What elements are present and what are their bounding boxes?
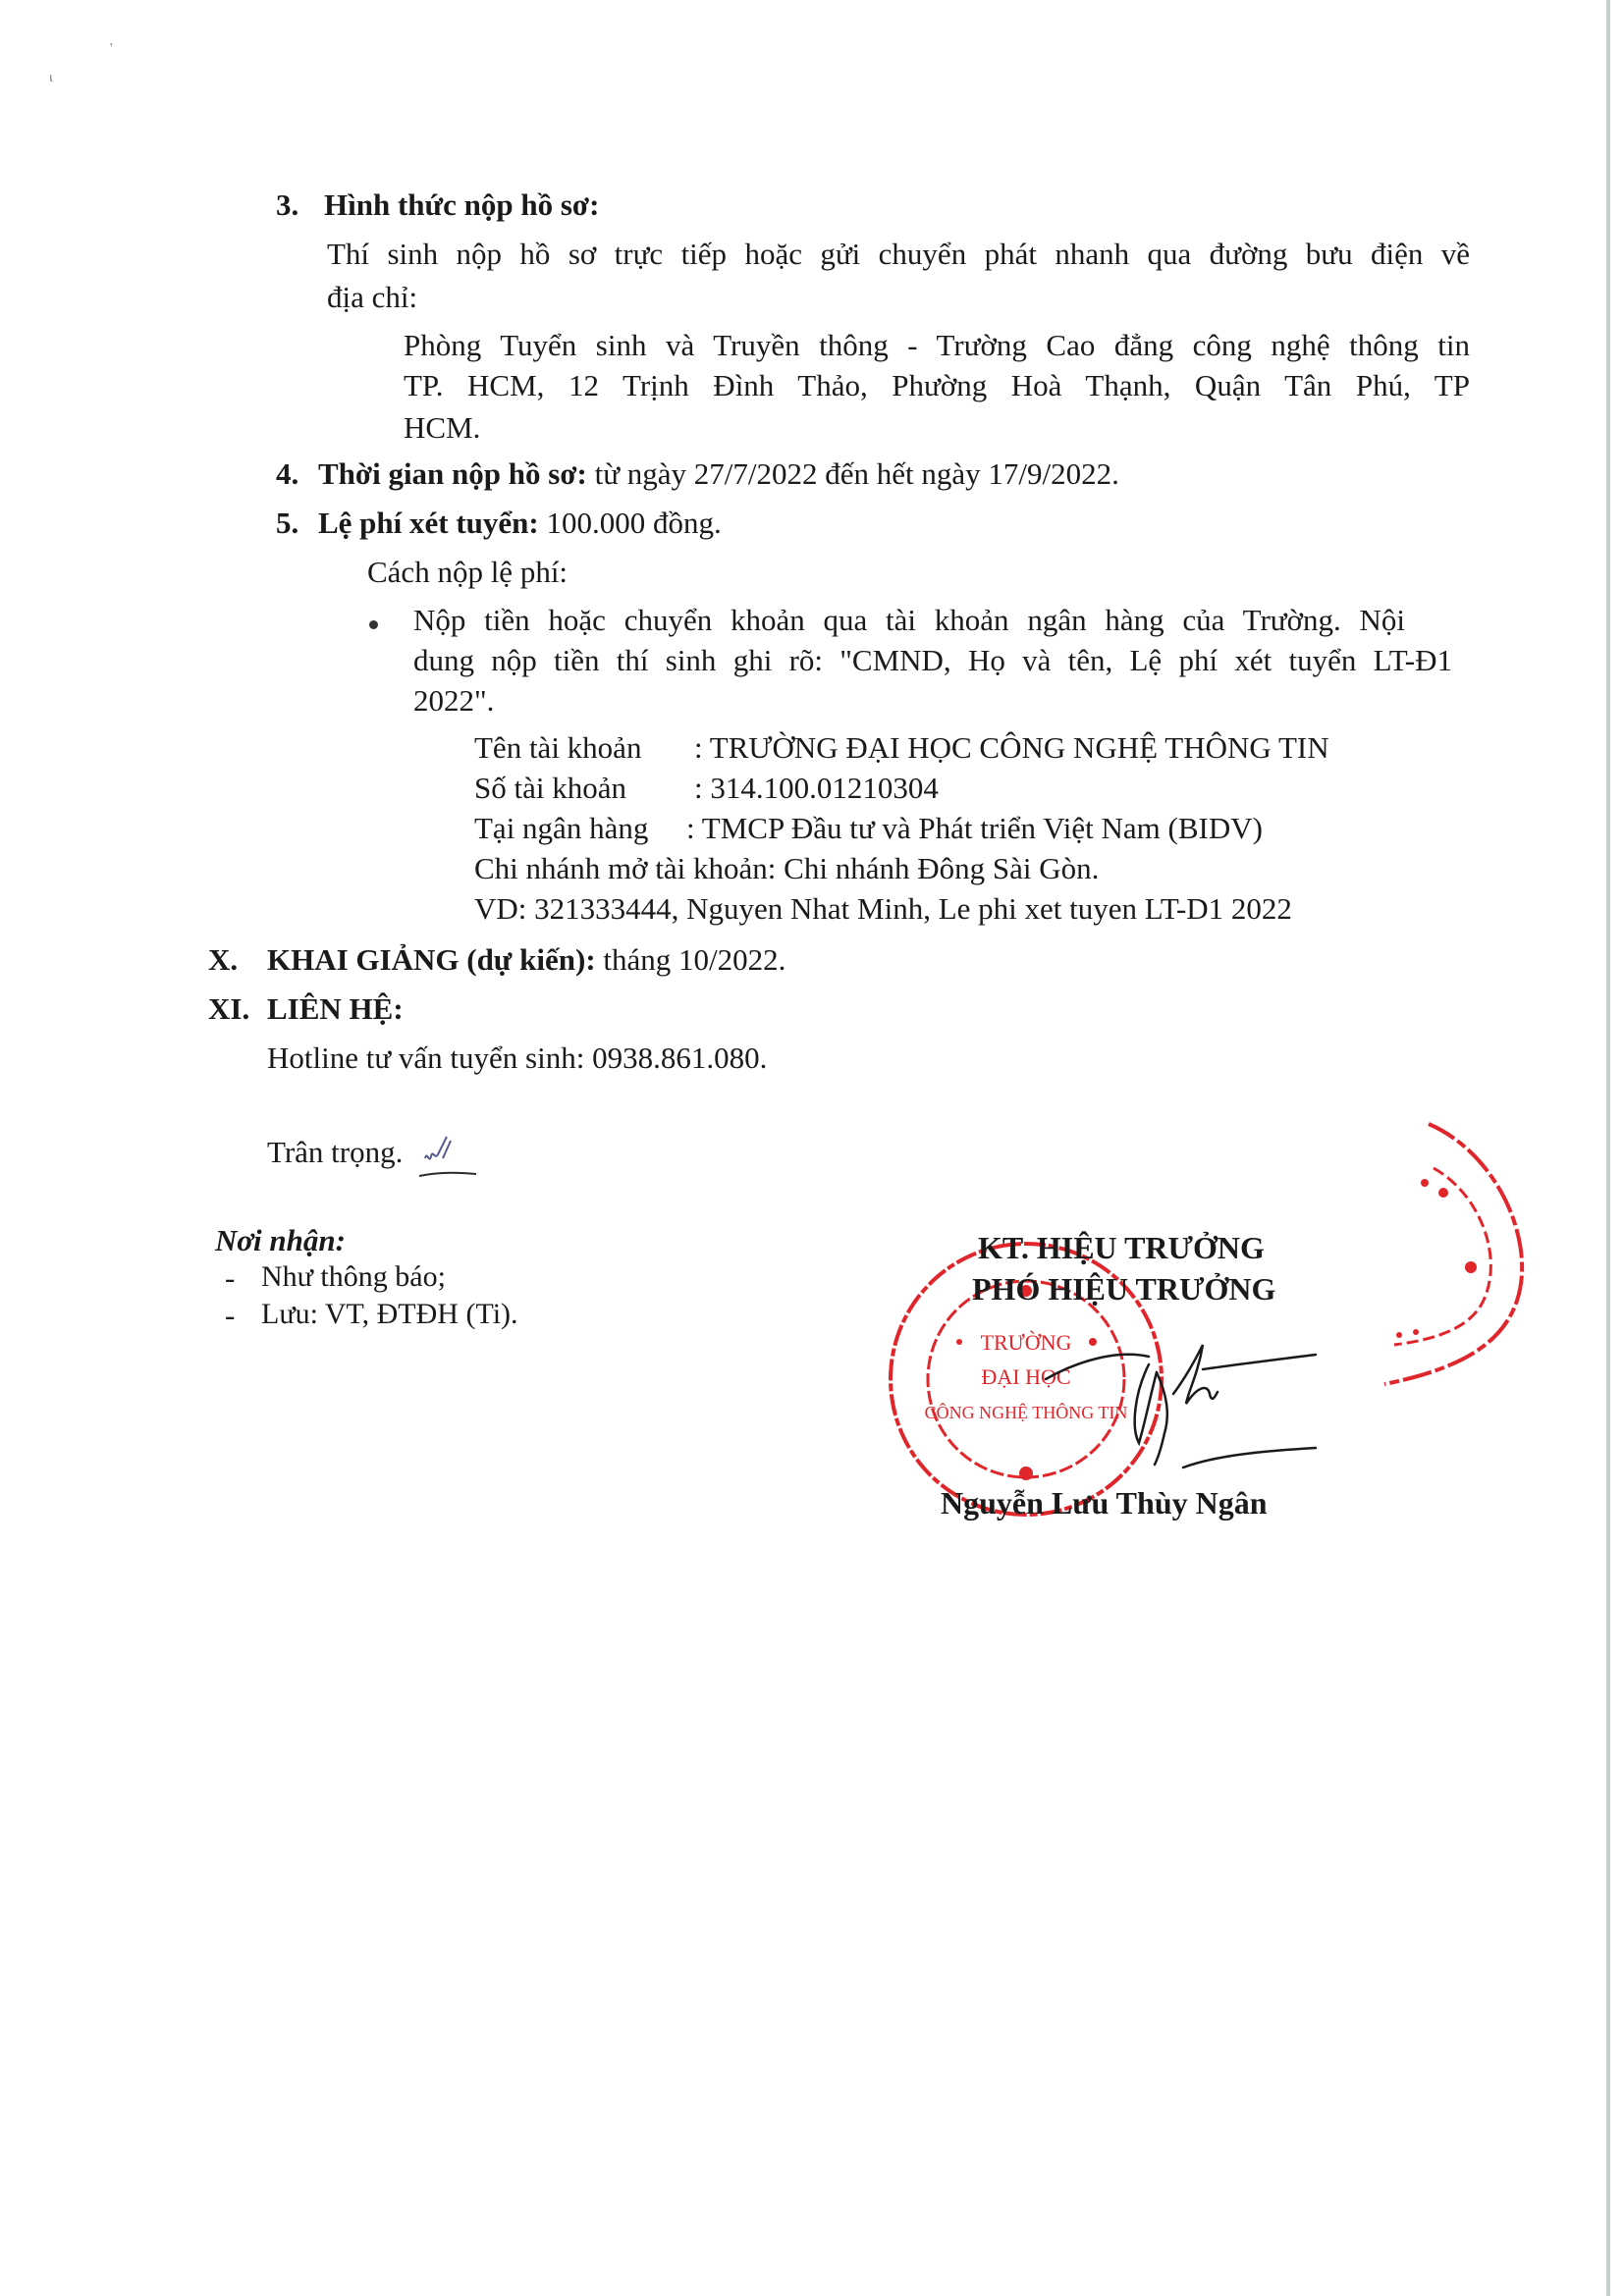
section-x-number: X. <box>208 944 238 975</box>
section-x-title: KHAI GIẢNG (dự kiến): <box>267 942 596 977</box>
section-x-text: tháng 10/2022. <box>596 942 786 977</box>
signature-title-line1: KT. HIỆU TRƯỞNG <box>978 1232 1265 1263</box>
section-5-number: 5. <box>276 506 298 540</box>
partial-seal-icon <box>1370 1104 1546 1399</box>
account-number-label: Số tài khoản <box>474 773 626 803</box>
section-5-title: Lệ phí xét tuyển: <box>318 506 539 540</box>
section-4-number: 4. <box>276 456 298 491</box>
margin-mark: ɩ <box>49 71 53 86</box>
section-5-text: 100.000 đồng. <box>539 506 722 540</box>
section-xi-number: XI. <box>208 993 249 1024</box>
section-3-intro: Thí sinh nộp hồ sơ trực tiếp hoặc gửi ch… <box>327 239 1470 269</box>
scan-edge-line <box>1606 0 1610 2296</box>
fee-bullet-line: dung nộp tiền thí sinh ghi rõ: "CMND, Họ… <box>413 645 1452 675</box>
section-3-intro: địa chỉ: <box>327 282 417 312</box>
address-line: Phòng Tuyển sinh và Truyền thông - Trườn… <box>404 330 1470 360</box>
initials-mark-icon <box>417 1129 486 1188</box>
account-name-value: : TRƯỜNG ĐẠI HỌC CÔNG NGHỆ THÔNG TIN <box>694 732 1329 763</box>
closing-text: Trân trọng. <box>267 1137 403 1167</box>
section-4-title: Thời gian nộp hồ sơ: <box>318 456 587 491</box>
recipient-dash: - <box>225 1300 235 1330</box>
section-xi-title: LIÊN HỆ: <box>267 993 404 1024</box>
handwritten-signature-icon <box>1041 1335 1326 1472</box>
section-3-number: 3. <box>276 189 298 220</box>
hotline-line: Hotline tư vấn tuyển sinh: 0938.861.080. <box>267 1042 767 1073</box>
bank-label: Tại ngân hàng <box>474 813 648 843</box>
account-number-value: : 314.100.01210304 <box>694 773 939 803</box>
recipient-dash: - <box>225 1262 235 1293</box>
account-name-label: Tên tài khoản <box>474 732 641 763</box>
address-line: TP. HCM, 12 Trịnh Đình Thảo, Phường Hoà … <box>404 370 1470 400</box>
example-line: VD: 321333444, Nguyen Nhat Minh, Le phi … <box>474 893 1292 924</box>
signature-title-line2: PHÓ HIỆU TRƯỞNG <box>972 1273 1275 1305</box>
fee-bullet-line: 2022". <box>413 685 494 716</box>
branch-line: Chi nhánh mở tài khoản: Chi nhánh Đông S… <box>474 853 1099 883</box>
section-x: KHAI GIẢNG (dự kiến): tháng 10/2022. <box>267 944 785 975</box>
section-5: 5. Lệ phí xét tuyển: 100.000 đồng. <box>276 507 722 538</box>
section-4: 4. Thời gian nộp hồ sơ: từ ngày 27/7/202… <box>276 458 1119 489</box>
address-line: HCM. <box>404 412 480 443</box>
section-4-text: từ ngày 27/7/2022 đến hết ngày 17/9/2022… <box>587 456 1119 491</box>
signatory-name: Nguyễn Lưu Thùy Ngân <box>941 1487 1268 1519</box>
fee-method-label: Cách nộp lệ phí: <box>367 557 568 587</box>
fee-bullet-line: Nộp tiền hoặc chuyển khoản qua tài khoản… <box>413 605 1405 635</box>
bank-value: : TMCP Đầu tư và Phát triển Việt Nam (BI… <box>686 813 1263 843</box>
section-3-title: Hình thức nộp hồ sơ: <box>324 189 599 220</box>
recipient-item: Như thông báo; <box>261 1262 446 1292</box>
recipient-item: Lưu: VT, ĐTĐH (Ti). <box>261 1300 518 1329</box>
margin-mark: ' <box>110 41 113 57</box>
bullet-icon <box>369 620 378 629</box>
recipients-heading: Nơi nhận: <box>215 1225 346 1255</box>
